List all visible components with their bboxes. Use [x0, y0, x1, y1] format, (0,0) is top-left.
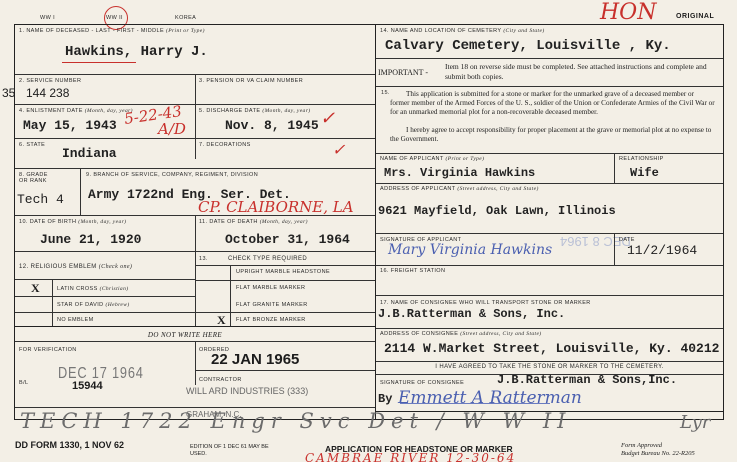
applicant-address-label: ADDRESS OF APPLICANT (Street address, Ci… [380, 186, 539, 192]
statement-number: 15. [381, 90, 390, 96]
applicant-signature[interactable]: Mary Virginia Hawkins [388, 242, 552, 258]
date-of-death-value[interactable]: October 31, 1964 [225, 232, 350, 247]
upright-marble-headstone-option[interactable]: UPRIGHT MARBLE HEADSTONE [236, 269, 330, 275]
no-emblem-option: NO EMBLEM [57, 317, 94, 323]
name-of-deceased-value[interactable]: Hawkins, Harry J. [65, 44, 208, 60]
branch-annotation: CP. CLAIBORNE, LA [198, 198, 354, 216]
do-not-write-here-label: DO NOT WRITE HERE [0, 331, 370, 339]
form-approved: Form Approved [621, 442, 662, 449]
consignee-label: 17. NAME OF CONSIGNEE WHO WILL TRANSPORT… [380, 300, 591, 306]
important-label: IMPORTANT - [378, 68, 428, 77]
edition-note: EDITION OF 1 DEC 61 MAY BE USED. [190, 444, 270, 458]
for-verification-label: FOR VERIFICATION [19, 347, 77, 353]
consignee-agreement: I HAVE AGREED TO TAKE THE STONE OR MARKE… [376, 364, 723, 370]
date-of-birth-value[interactable]: June 21, 1920 [40, 232, 141, 247]
ordered-date-value: 22 JAN 1965 [211, 351, 299, 368]
enlistment-date-label: 4. ENLISTMENT DATE (Month, day, year) [19, 108, 133, 114]
flat-granite-marker-option[interactable]: FLAT GRANITE MARKER [236, 302, 308, 308]
check-type-number: 13. [199, 256, 208, 262]
application-date-value[interactable]: 11/2/1964 [627, 243, 697, 258]
cemetery-label: 14. NAME AND LOCATION OF CEMETERY (City … [380, 28, 545, 34]
decorations-label: 7. DECORATIONS [199, 142, 251, 148]
freight-station-label: 16. FREIGHT STATION [380, 268, 445, 274]
service-number-prefix: 35 [2, 86, 15, 100]
check-type-title: CHECK TYPE REQUIRED [228, 256, 307, 262]
consignee-address-value[interactable]: 2114 W.Market Street, Louisville, Ky. 40… [384, 341, 719, 356]
grade-rank-value[interactable]: Tech 4 [17, 192, 64, 207]
pension-claim-label: 3. PENSION OR VA CLAIM NUMBER [199, 78, 303, 84]
flat-bronze-marker-option[interactable]: FLAT BRONZE MARKER [236, 317, 306, 323]
consignee-value[interactable]: J.B.Ratterman & Sons, Inc. [378, 307, 565, 321]
service-number-value[interactable]: 144 238 [26, 86, 69, 100]
contractor-value: WILL ARD INDUSTRIES (333) [186, 386, 308, 396]
relationship-label: RELATIONSHIP [619, 156, 664, 162]
budget-bureau-number: Budget Bureau No. 22-R205 [621, 450, 695, 457]
discharge-date-value[interactable]: Nov. 8, 1945 [225, 118, 319, 133]
date-of-death-label: 11. DATE OF DEATH (Month, day, year) [199, 219, 308, 225]
bl-label: B/L [19, 380, 28, 386]
applicant-name-value[interactable]: Mrs. Virginia Hawkins [384, 166, 535, 180]
original-label: ORIGINAL [676, 13, 714, 20]
handwritten-service-note: TECH 1722 Engr Svc Det / W W II [20, 409, 571, 433]
contractor-label: CONTRACTOR [199, 377, 242, 383]
enlistment-date-value[interactable]: May 15, 1943 [23, 118, 117, 133]
date-of-birth-label: 10. DATE OF BIRTH (Month, day, year) [19, 219, 126, 225]
consignee-address-label: ADDRESS OF CONSIGNEE (Street address, Ci… [380, 331, 542, 337]
consignee-signature[interactable]: Emmett A Ratterman [398, 388, 582, 408]
grade-rank-label: 8. GRADE OR RANK [19, 172, 55, 184]
statement-paragraph-2: I hereby agree to accept responsibility … [390, 126, 715, 144]
checkmark-icon: ✓ [332, 140, 345, 159]
branch-of-service-label: 9. BRANCH OF SERVICE, COMPANY, REGIMENT,… [86, 172, 258, 178]
enlistment-annotation-ad: A/D [158, 120, 186, 138]
state-value[interactable]: Indiana [62, 146, 117, 161]
signature-flourish [400, 403, 550, 404]
name-underline-mark [62, 62, 136, 63]
service-number-label: 2. SERVICE NUMBER [19, 78, 81, 84]
form-number: DD FORM 1330, 1 NOV 62 [15, 440, 124, 450]
consignee-signature-label: SIGNATURE OF CONSIGNEE [380, 380, 464, 386]
important-text: Item 18 on reverse side must be complete… [445, 62, 715, 82]
discharge-date-label: 5. DISCHARGE DATE (Month, day, year) [199, 108, 310, 114]
consignee-signature-typed: J.B.Ratterman & Sons,Inc. [497, 373, 677, 387]
star-of-david-option: STAR OF DAVID (Hebrew) [57, 302, 130, 308]
flat-marble-marker-option[interactable]: FLAT MARBLE MARKER [236, 285, 305, 291]
handwritten-initials: Lyr [680, 412, 710, 433]
by-label: By [378, 392, 392, 406]
star-of-david-checkbox[interactable] [30, 298, 44, 308]
religious-emblem-label: 12. RELIGIOUS EMBLEM (Check one) [19, 264, 132, 270]
war-option-ww1: WW I [40, 15, 55, 21]
hon-annotation: HON [600, 0, 656, 25]
cemetery-value[interactable]: Calvary Cemetery, Louisville , Ky. [385, 38, 671, 54]
latin-cross-option: LATIN CROSS (Christian) [57, 286, 128, 292]
latin-cross-checkbox[interactable]: X [31, 281, 40, 296]
bl-value: 15944 [72, 380, 103, 392]
no-emblem-checkbox[interactable] [30, 314, 44, 324]
statement-paragraph-1: This application is submitted for a ston… [390, 90, 715, 117]
relationship-value[interactable]: Wife [630, 166, 659, 180]
war-option-korea: KOREA [175, 15, 196, 21]
applicant-address-value[interactable]: 9621 Mayfield, Oak Lawn, Illinois [378, 204, 616, 218]
applicant-name-label: NAME OF APPLICANT (Print or Type) [380, 156, 484, 162]
checkmark-icon: ✓ [320, 108, 335, 129]
name-of-deceased-label: 1. NAME OF DECEASED - LAST - FIRST - MID… [19, 28, 205, 34]
state-label: 6. STATE [19, 142, 45, 148]
red-handwritten-note: CAMBRAE RIVER 12-30-64 [305, 451, 516, 462]
